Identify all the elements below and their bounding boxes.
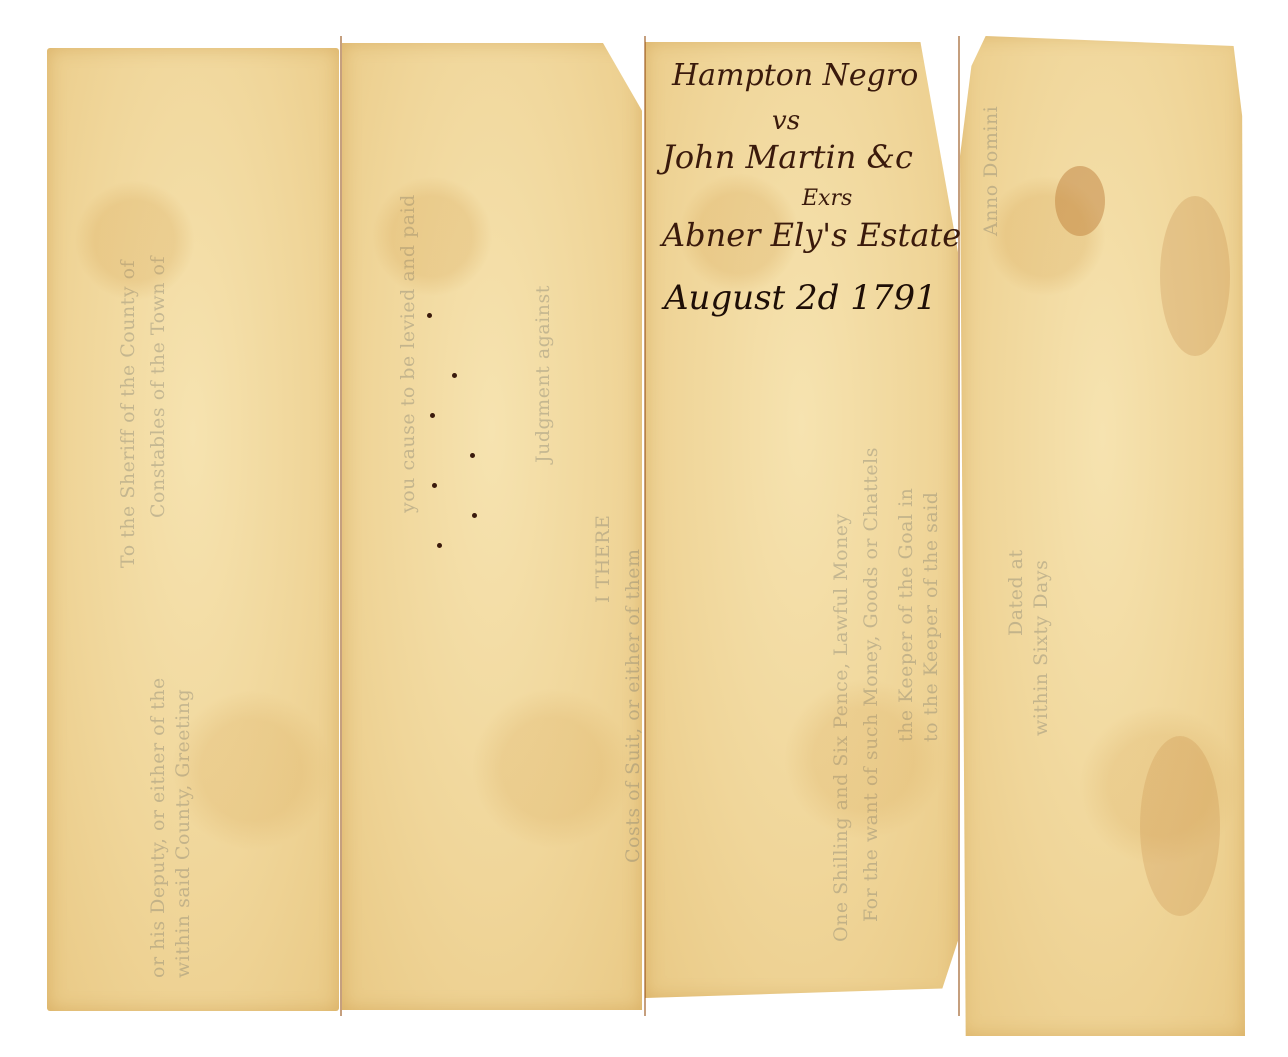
bleed-text: To the Sheriff of the County of [117,260,139,568]
panel-1: To the Sheriff of the County of Constabl… [47,48,339,1011]
fold-line [958,36,960,1016]
docket-estate: Abner Ely's Estate [662,216,961,254]
bleed-text: to the Keeper of the said [920,492,942,742]
document-scan: To the Sheriff of the County of Constabl… [0,0,1288,1057]
fold-line [340,36,342,1016]
panel-2: I THERE Judgment against Costs of Suit, … [342,43,642,1010]
bleed-text: within said County, Greeting [172,689,194,978]
docket-executors: Exrs [802,186,852,211]
bleed-text: or his Deputy, or either of the [147,677,169,978]
bleed-text: One Shilling and Six Pence, Lawful Money [830,513,852,942]
panel-4: Anno Domini Dated at within Sixty Days [960,36,1245,1036]
bleed-text: Anno Domini [980,106,1002,236]
docket-versus: vs [772,106,800,136]
fold-line [644,36,646,1016]
bleed-text: For the want of such Money, Goods or Cha… [860,447,882,922]
bleed-text: Dated at [1005,549,1027,636]
bleed-text: Constables of the Town of [147,256,169,518]
bleed-text: Judgment against [532,285,554,463]
bleed-text: within Sixty Days [1030,560,1052,736]
docket-date: August 2d 1791 [664,278,937,318]
bleed-text: Costs of Suit, or either of them [622,549,642,863]
bleed-text: the Keeper of the Goal in [895,488,917,742]
docket-defendant: John Martin &c [662,138,913,176]
docket-plaintiff: Hampton Negro [672,58,918,93]
bleed-text: you cause to be levied and paid [397,194,419,513]
bleed-text: I THERE [592,515,614,603]
